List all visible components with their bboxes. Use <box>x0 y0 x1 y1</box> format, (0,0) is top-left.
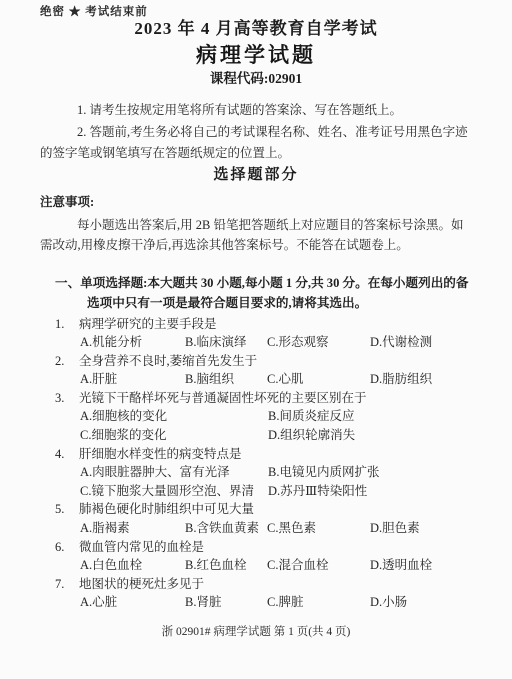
answer-option: D.小肠 <box>370 593 472 612</box>
answer-option: C.脾脏 <box>267 593 370 612</box>
instruction-item: 1. 请考生按规定用笔将所有试题的答案涂、写在答题纸上。 <box>40 100 472 122</box>
question-text: 地图状的梗死灶多见于 <box>79 577 204 591</box>
question-text: 肺褐色硬化时肺组织中可见大量 <box>79 502 254 516</box>
answer-option: A.肝脏 <box>80 370 185 389</box>
answer-option: A.细胞核的变化 <box>80 407 268 426</box>
question-line: 6.微血管内常见的血栓是 <box>55 538 472 557</box>
notes-heading: 注意事项: <box>40 196 512 209</box>
answer-option: D.组织轮廓消失 <box>268 426 472 445</box>
question-number: 3. <box>55 389 79 408</box>
course-code: 课程代码:02901 <box>0 72 512 86</box>
answer-option: D.脂肪组织 <box>370 370 472 389</box>
instruction-item: 2. 答题前,考生务必将自己的考试课程名称、姓名、准考证号用黑色字迹的签字笔或钢… <box>40 122 472 165</box>
question: 7.地图状的梗死灶多见于A.心脏B.肾脏C.脾脏D.小肠 <box>0 575 472 612</box>
answer-option: C.心肌 <box>267 370 370 389</box>
question-number: 4. <box>55 445 79 464</box>
answer-option: B.脑组织 <box>185 370 267 389</box>
answer-option: B.肾脏 <box>185 593 267 612</box>
question-list: 1.病理学研究的主要手段是A.机能分析B.临床演绎C.形态观察D.代谢检测2.全… <box>0 315 472 613</box>
answer-option: B.红色血栓 <box>185 556 267 575</box>
answer-option: A.机能分析 <box>80 333 185 352</box>
answer-option: B.间质炎症反应 <box>268 407 472 426</box>
notes-body: 每小题选出答案后,用 2B 铅笔把答题纸上对应题目的答案标号涂黑。如需改动,用橡… <box>40 215 472 255</box>
question-line: 2.全身营养不良时,萎缩首先发生于 <box>55 352 472 371</box>
answer-option: C.混合血栓 <box>267 556 370 575</box>
general-instructions: 1. 请考生按规定用笔将所有试题的答案涂、写在答题纸上。2. 答题前,考生务必将… <box>40 100 472 165</box>
part-one-heading: 一、单项选择题:本大题共 30 小题,每小题 1 分,共 30 分。在每小题列出… <box>55 273 476 313</box>
question-line: 3.光镜下干酪样坏死与普通凝固性坏死的主要区别在于 <box>55 389 472 408</box>
question-number: 5. <box>55 500 79 519</box>
question: 3.光镜下干酪样坏死与普通凝固性坏死的主要区别在于A.细胞核的变化B.间质炎症反… <box>0 389 472 445</box>
question-text: 全身营养不良时,萎缩首先发生于 <box>79 354 257 368</box>
question-number: 7. <box>55 575 79 594</box>
question: 2.全身营养不良时,萎缩首先发生于A.肝脏B.脑组织C.心肌D.脂肪组织 <box>0 352 472 389</box>
option-row: A.白色血栓B.红色血栓C.混合血栓D.透明血栓 <box>80 556 472 575</box>
question-text: 光镜下干酪样坏死与普通凝固性坏死的主要区别在于 <box>79 391 367 405</box>
answer-option: A.脂褐素 <box>80 519 185 538</box>
answer-option: D.胆色素 <box>370 519 472 538</box>
answer-option: C.镜下胞浆大量圆形空泡、界清 <box>80 482 268 501</box>
question-line: 1.病理学研究的主要手段是 <box>55 315 472 334</box>
security-classification: 绝密 ★ 考试结束前 <box>40 3 148 19</box>
answer-option: D.苏丹Ⅲ特染阳性 <box>268 482 472 501</box>
answer-option: C.形态观察 <box>267 333 370 352</box>
question-number: 2. <box>55 352 79 371</box>
question-line: 7.地图状的梗死灶多见于 <box>55 575 472 594</box>
section-title: 选择题部分 <box>0 167 512 183</box>
page-title: 病理学试题 <box>0 44 512 66</box>
option-row: A.脂褐素B.含铁血黄素C.黑色素D.胆色素 <box>80 519 472 538</box>
question: 4.肝细胞水样变性的病变特点是A.肉眼脏器肿大、富有光泽B.电镜见内质网扩张C.… <box>0 445 472 501</box>
option-row: A.肝脏B.脑组织C.心肌D.脂肪组织 <box>80 370 472 389</box>
answer-option: C.黑色素 <box>267 519 370 538</box>
question: 1.病理学研究的主要手段是A.机能分析B.临床演绎C.形态观察D.代谢检测 <box>0 315 472 352</box>
question: 5.肺褐色硬化时肺组织中可见大量A.脂褐素B.含铁血黄素C.黑色素D.胆色素 <box>0 500 472 537</box>
question-number: 6. <box>55 538 79 557</box>
question-line: 5.肺褐色硬化时肺组织中可见大量 <box>55 500 472 519</box>
option-row: A.心脏B.肾脏C.脾脏D.小肠 <box>80 593 472 612</box>
question-text: 微血管内常见的血栓是 <box>79 540 204 554</box>
answer-option: A.心脏 <box>80 593 185 612</box>
exam-paper-page: 绝密 ★ 考试结束前 2023 年 4 月高等教育自学考试 病理学试题 课程代码… <box>0 0 512 679</box>
answer-option: B.含铁血黄素 <box>185 519 267 538</box>
option-row: A.肉眼脏器肿大、富有光泽B.电镜见内质网扩张C.镜下胞浆大量圆形空泡、界清D.… <box>80 463 472 500</box>
answer-option: C.细胞浆的变化 <box>80 426 268 445</box>
question-number: 1. <box>55 315 79 334</box>
answer-option: B.电镜见内质网扩张 <box>268 463 472 482</box>
answer-option: A.肉眼脏器肿大、富有光泽 <box>80 463 268 482</box>
answer-option: D.代谢检测 <box>370 333 472 352</box>
page-footer: 浙 02901# 病理学试题 第 1 页(共 4 页) <box>0 623 512 639</box>
question-text: 肝细胞水样变性的病变特点是 <box>79 447 242 461</box>
option-row: A.机能分析B.临床演绎C.形态观察D.代谢检测 <box>80 333 472 352</box>
answer-option: D.透明血栓 <box>370 556 472 575</box>
question-text: 病理学研究的主要手段是 <box>79 317 217 331</box>
option-row: A.细胞核的变化B.间质炎症反应C.细胞浆的变化D.组织轮廓消失 <box>80 407 472 444</box>
answer-option: B.临床演绎 <box>185 333 267 352</box>
question-line: 4.肝细胞水样变性的病变特点是 <box>55 445 472 464</box>
question: 6.微血管内常见的血栓是A.白色血栓B.红色血栓C.混合血栓D.透明血栓 <box>0 538 472 575</box>
answer-option: A.白色血栓 <box>80 556 185 575</box>
